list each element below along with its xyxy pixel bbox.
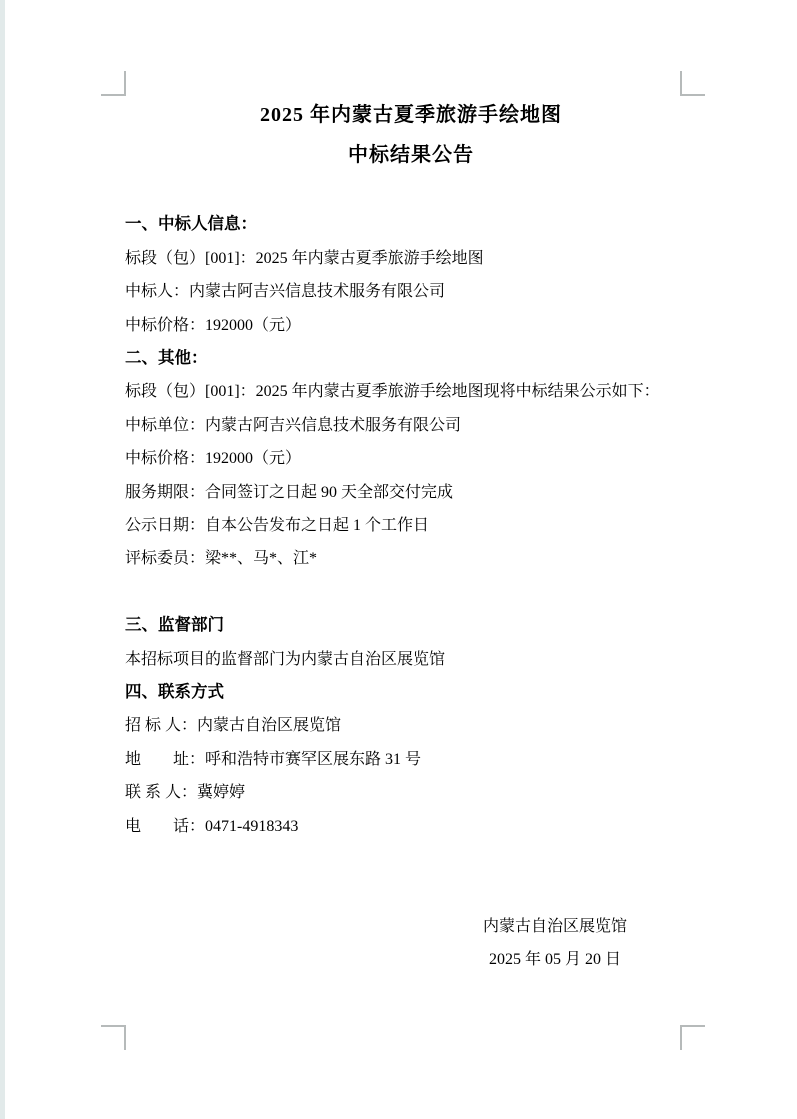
section4-line-contact-person: 联 系 人：冀婷婷 — [125, 776, 679, 809]
section2-line-evaluation-committee: 评标委员：梁**、马*、江* — [125, 542, 679, 575]
document-title-line2: 中标结果公告 — [125, 135, 679, 175]
section2-line-service-period: 服务期限：合同签订之日起 90 天全部交付完成 — [125, 476, 679, 509]
signature-org: 内蒙古自治区展览馆 — [431, 910, 679, 943]
crop-mark-bottom-left — [101, 1025, 126, 1050]
section2-heading: 二、其他： — [125, 342, 679, 375]
section1-line-winner: 中标人：内蒙古阿吉兴信息技术服务有限公司 — [125, 275, 679, 308]
signature-date: 2025 年 05 月 20 日 — [431, 943, 679, 976]
section1-heading: 一、中标人信息： — [125, 208, 679, 241]
crop-mark-top-right — [680, 71, 705, 96]
section4-line-phone: 电 话：0471-4918343 — [125, 810, 679, 843]
section2-line-publicity-period: 公示日期：自本公告发布之日起 1 个工作日 — [125, 509, 679, 542]
document-page: 2025 年内蒙古夏季旅游手绘地图 中标结果公告 一、中标人信息： 标段（包）[… — [0, 0, 797, 1119]
blank-line — [125, 876, 679, 909]
section4-line-tenderer: 招 标 人：内蒙古自治区展览馆 — [125, 709, 679, 742]
section1-line-package: 标段（包）[001]：2025 年内蒙古夏季旅游手绘地图 — [125, 242, 679, 275]
blank-line — [125, 843, 679, 876]
section3-line-supervisor: 本招标项目的监督部门为内蒙古自治区展览馆 — [125, 643, 679, 676]
section2-line-price: 中标价格：192000（元） — [125, 442, 679, 475]
page-left-edge — [0, 0, 5, 1119]
section1-line-price: 中标价格：192000（元） — [125, 309, 679, 342]
blank-line — [125, 175, 679, 208]
section2-line-winner-unit: 中标单位：内蒙古阿吉兴信息技术服务有限公司 — [125, 409, 679, 442]
crop-mark-top-left — [101, 71, 126, 96]
section4-line-address: 地 址：呼和浩特市赛罕区展东路 31 号 — [125, 743, 679, 776]
blank-line — [125, 576, 679, 609]
signature-block: 内蒙古自治区展览馆 2025 年 05 月 20 日 — [431, 910, 679, 977]
document-body: 2025 年内蒙古夏季旅游手绘地图 中标结果公告 一、中标人信息： 标段（包）[… — [125, 95, 679, 977]
section2-line-package: 标段（包）[001]：2025 年内蒙古夏季旅游手绘地图现将中标结果公示如下： — [125, 375, 679, 408]
crop-mark-bottom-right — [680, 1025, 705, 1050]
document-title-line1: 2025 年内蒙古夏季旅游手绘地图 — [125, 95, 679, 135]
section3-heading: 三、监督部门 — [125, 609, 679, 642]
section4-heading: 四、联系方式 — [125, 676, 679, 709]
